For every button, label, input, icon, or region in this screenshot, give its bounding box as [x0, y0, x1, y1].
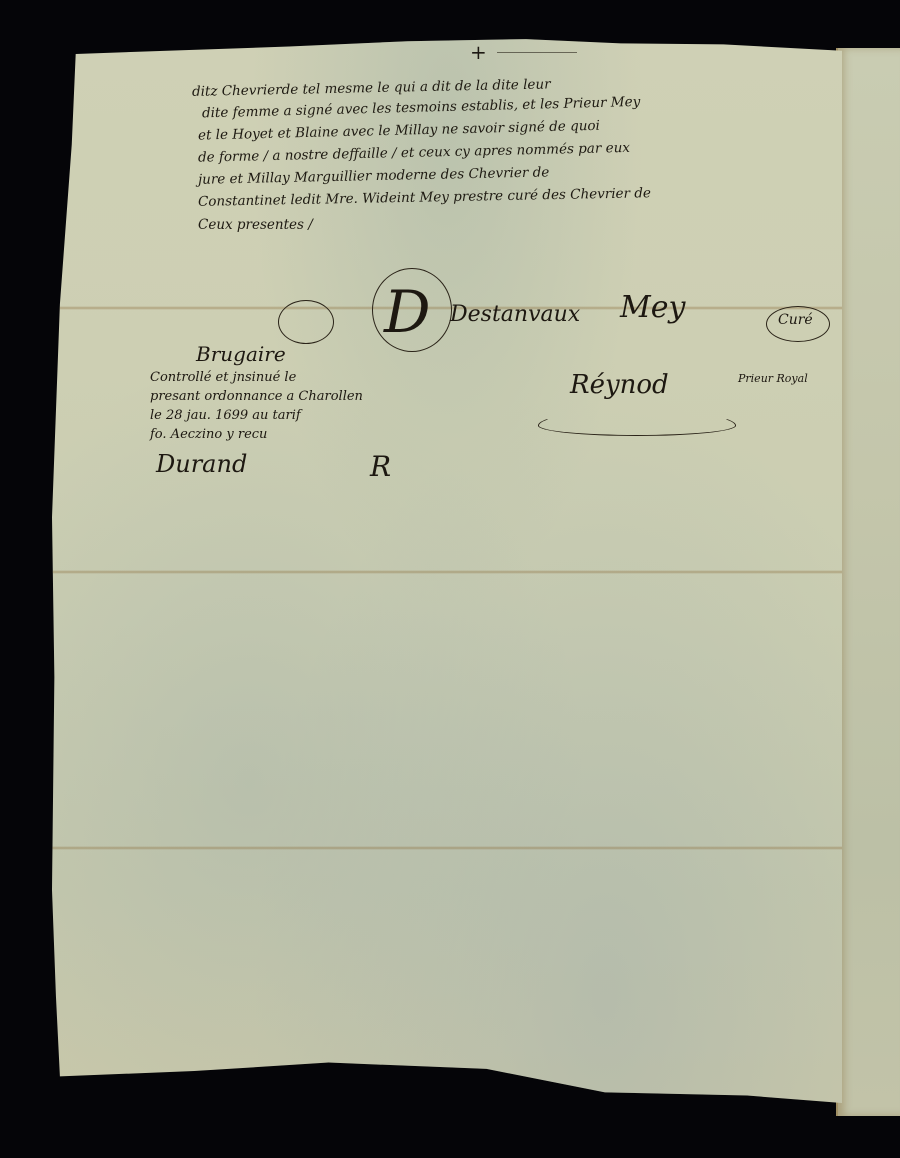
signature-reynod-note: Prieur Royal — [738, 372, 808, 385]
signature-mey: Mey — [620, 290, 685, 325]
signature-durand: Durand — [156, 450, 247, 478]
signature-initial: D — [384, 282, 431, 342]
fold-line — [52, 846, 842, 850]
manuscript-body: ditz Chevrierde tel mesme le qui a dit d… — [140, 82, 800, 236]
adjacent-page-edge — [836, 48, 900, 1116]
signature-underline-flourish — [538, 410, 736, 436]
signature-reynod: Réynod — [570, 370, 669, 400]
margin-note-line: fo. Aeczino y recu — [150, 425, 490, 444]
signature-title-cure: Curé — [778, 312, 813, 328]
signature-brugaire: Brugaire — [196, 342, 286, 366]
fold-line — [52, 570, 842, 574]
margin-note-line: Controllé et jnsinué le — [150, 368, 490, 387]
body-line: Ceux presentes / — [140, 214, 800, 236]
margin-note-line: presant ordonnance a Charollen — [150, 387, 490, 406]
margin-note-line: le 28 jau. 1699 au tarif — [150, 406, 490, 425]
signature-destanvaux: Destanvaux — [450, 302, 580, 327]
cross-mark: + — [470, 40, 487, 64]
top-mark-underline — [497, 52, 577, 53]
signature-paraph: R — [370, 450, 391, 483]
signature-flourish — [278, 300, 334, 344]
margin-note: Controllé et jnsinué le presant ordonnan… — [150, 368, 490, 444]
